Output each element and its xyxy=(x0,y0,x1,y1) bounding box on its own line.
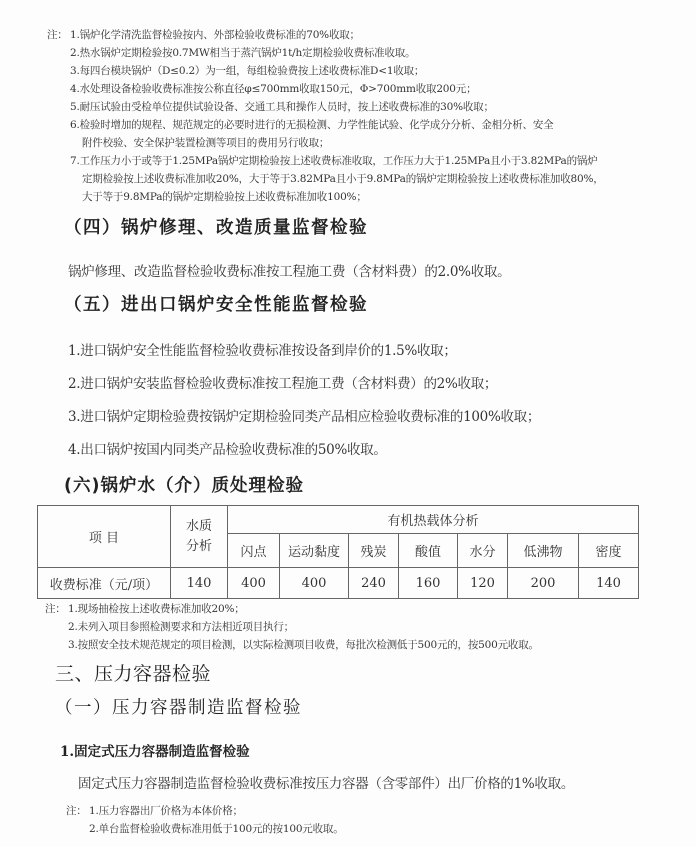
header-water-analysis: 水质 分析 xyxy=(171,506,228,568)
list-item: 1.进口锅炉安全性能监督检验收费标准按设备到岸价的1.5%收取； xyxy=(68,339,457,359)
item-text-fixed-vessel: 固定式压力容器制造监督检验收费标准按压力容器（含零部件）出厂价格的1%收取。 xyxy=(78,772,574,792)
cell-value: 240 xyxy=(349,568,399,599)
row-label: 收费标准（元/项） xyxy=(38,568,171,599)
cell-value: 140 xyxy=(579,568,639,599)
list-item: 3.进口锅炉定期检验费按锅炉定期检验同类产品相应检验收费标准的100%收取； xyxy=(68,405,540,425)
note-item: 4.水处理设备检验收费标准按公称直径φ≤700mm收取150元，Φ>700mm收… xyxy=(70,81,476,96)
note-item: 3.按照安全技术规范规定的项目检测，以实际检测项目收费，每批次检测低于500元的… xyxy=(68,637,539,652)
header-organic-analysis: 有机热载体分析 xyxy=(228,506,639,534)
note-item: 1.现场抽检按上述收费标准加收20%； xyxy=(68,601,245,616)
fee-table: 项 目 水质 分析 有机热载体分析 闪点 运动黏度 残炭 酸值 水分 低沸物 密… xyxy=(37,505,639,599)
subheader: 低沸物 xyxy=(508,534,579,568)
header-item: 项 目 xyxy=(38,506,171,568)
note-item-cont: 定期检验按上述收费标准加收20%，大于等于3.82MPa且小于9.8MPa的锅炉… xyxy=(82,171,604,186)
section-heading-water-treatment: (六)锅炉水（介）质处理检验 xyxy=(64,472,304,497)
header-water-line1: 水质 xyxy=(186,519,212,534)
cell-value: 160 xyxy=(399,568,458,599)
note-item: 6.检验时增加的规程、规范规定的必要时进行的无损检测、力学性能试验、化学成分分析… xyxy=(70,117,553,132)
item-heading-fixed-vessel: 1.固定式压力容器制造监督检验 xyxy=(60,740,250,760)
subheader: 水分 xyxy=(458,534,508,568)
note-prefix: 注： xyxy=(47,27,68,42)
cell-value: 140 xyxy=(171,568,228,599)
note-item-cont: 附件校验、安全保护装置检测等项目的费用另行收取； xyxy=(82,135,329,150)
cell-value: 200 xyxy=(508,568,579,599)
list-item: 4.出口锅炉按国内同类产品检验收费标准的50%收取。 xyxy=(68,438,387,458)
subheader: 闪点 xyxy=(228,534,280,568)
section-heading-manufacturing: （一）压力容器制造监督检验 xyxy=(55,694,302,719)
header-water-line2: 分析 xyxy=(186,539,212,554)
part-heading-pressure-vessel: 三、压力容器检验 xyxy=(55,659,211,686)
section-heading-repair: （四）锅炉修理、改造质量监督检验 xyxy=(64,214,368,239)
cell-value: 400 xyxy=(228,568,280,599)
note-item: 2.热水锅炉定期检验按0.7MW相当于蒸汽锅炉1t/h定期检验收费标准收取。 xyxy=(70,45,415,60)
table-row: 收费标准（元/项） 140 400 400 240 160 120 200 14… xyxy=(38,568,639,599)
note-item: 2.未列入项目参照检测要求和方法相近项目执行； xyxy=(68,619,294,634)
subheader: 酸值 xyxy=(399,534,458,568)
note-item-cont: 大于等于9.8MPa的锅炉定期检验按上述收费标准加收100%； xyxy=(82,189,367,204)
note-item: 1.锅炉化学清洗监督检验按内、外部检验收费标准的70%收取； xyxy=(70,27,360,42)
section-text-repair: 锅炉修理、改造监督检验收费标准按工程施工费（含材料费）的2.0%收取。 xyxy=(68,260,510,280)
cell-value: 120 xyxy=(458,568,508,599)
note-prefix: 注： xyxy=(45,601,66,616)
note-item: 7.工作压力小于或等于1.25MPa锅炉定期检验按上述收费标准收取，工作压力大于… xyxy=(70,153,597,168)
note-prefix: 注： xyxy=(66,803,87,818)
section-heading-import-export: （五）进出口锅炉安全性能监督检验 xyxy=(64,291,368,316)
cell-value: 400 xyxy=(280,568,349,599)
note-item: 5.耐压试验由受检单位提供试验设备、交通工具和操作人员时，按上述收费标准的30%… xyxy=(70,99,494,114)
subheader: 密度 xyxy=(579,534,639,568)
note-item: 2.单台监督检验收费标准用低于100元的按100元收取。 xyxy=(89,821,344,836)
list-item: 2.进口锅炉安装监督检验收费标准按工程施工费（含材料费）的2%收取； xyxy=(68,372,497,392)
subheader: 运动黏度 xyxy=(280,534,349,568)
note-item: 3.每四台模块锅炉（D≤0.2）为一组，每组检验费按上述收费标准D<1收取； xyxy=(70,63,424,78)
subheader: 残炭 xyxy=(349,534,399,568)
note-item: 1.压力容器出厂价格为本体价格； xyxy=(89,803,243,818)
